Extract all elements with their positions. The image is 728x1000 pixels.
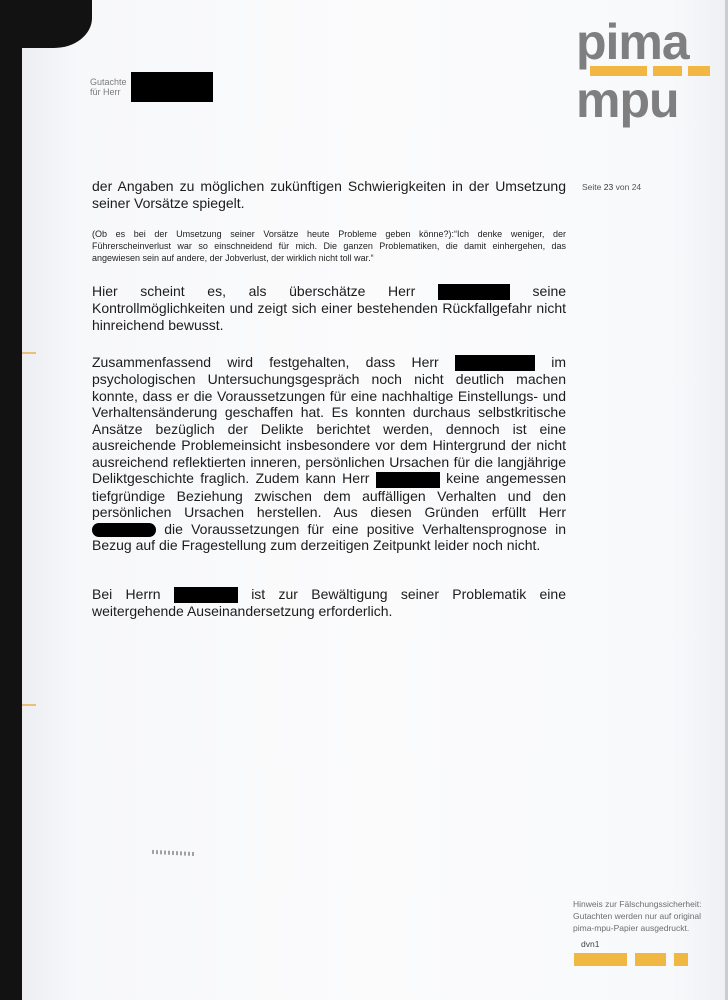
footer-bars xyxy=(574,953,688,966)
quote-paragraph: (Ob es bei der Umsetzung seiner Vorsätze… xyxy=(92,228,566,264)
logo-word-top: pima xyxy=(576,22,710,62)
page-indicator: Seite 23 von 24 xyxy=(582,182,641,192)
document-header: Gutachte für Herr xyxy=(90,77,127,97)
paragraph-assessment: Hier scheint es, als überschätze Herr se… xyxy=(92,283,566,333)
redaction xyxy=(438,284,510,300)
redaction xyxy=(455,355,535,371)
redaction xyxy=(174,587,238,603)
header-line2: für Herr xyxy=(90,87,121,97)
paragraph-summary: Zusammenfassend wird festgehalten, dass … xyxy=(92,354,566,554)
document-code: dvn1 xyxy=(581,939,599,949)
redaction xyxy=(92,523,156,537)
scan-shadow xyxy=(22,0,92,48)
redaction xyxy=(376,472,440,488)
margin-mark xyxy=(22,352,36,354)
paragraph-intro: der Angaben zu möglichen zukünftigen Sch… xyxy=(92,178,566,211)
redaction xyxy=(131,72,213,102)
margin-mark xyxy=(22,704,36,706)
paragraph-conclusion: Bei Herrn ist zur Bewältigung seiner Pro… xyxy=(92,586,566,620)
forgery-notice: Hinweis zur Fälschungssicherheit: Gutach… xyxy=(573,898,702,934)
logo-word-bottom: mpu xyxy=(576,80,710,120)
header-line1: Gutachte xyxy=(90,77,127,87)
pima-mpu-logo: pima mpu xyxy=(576,22,710,120)
